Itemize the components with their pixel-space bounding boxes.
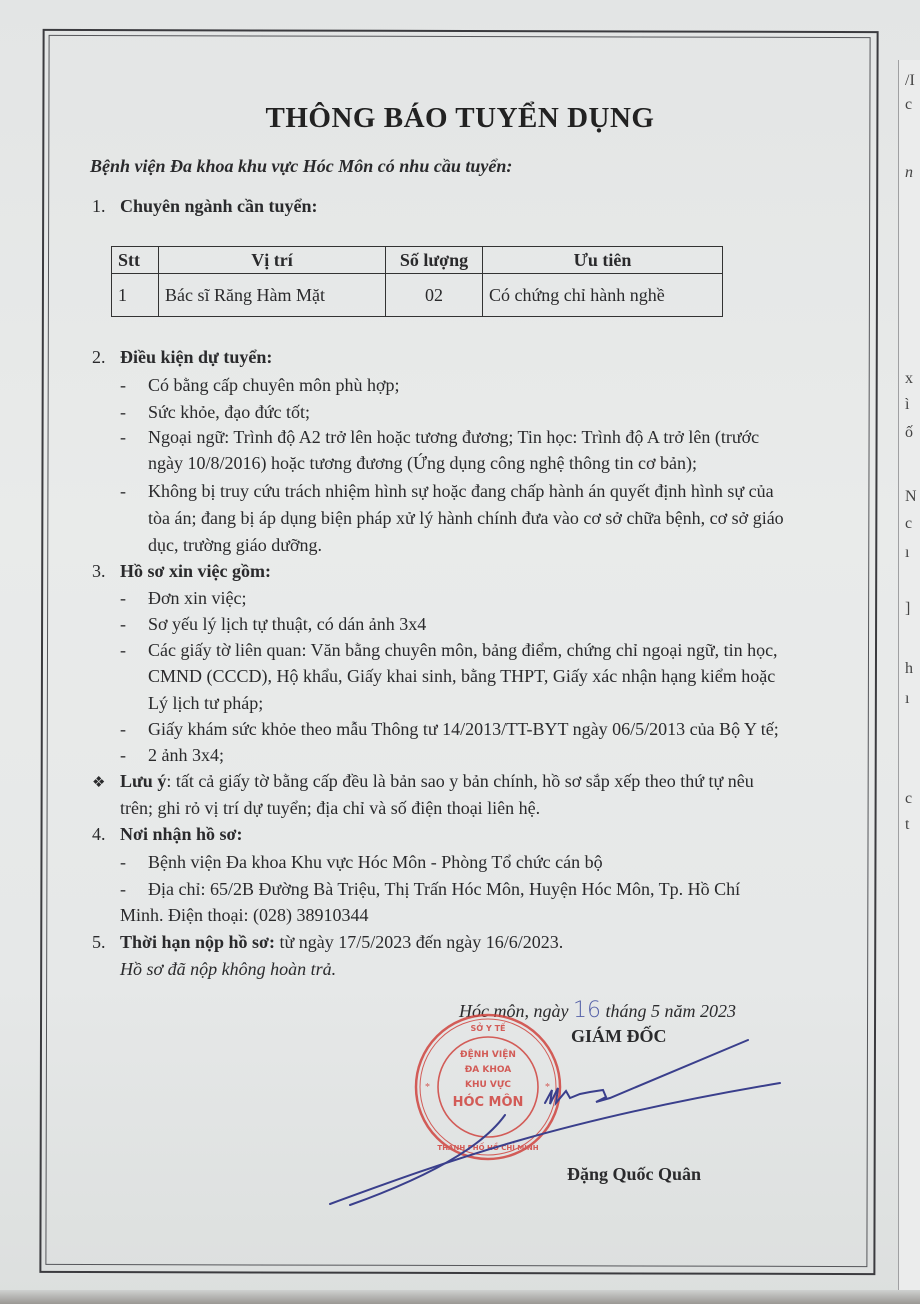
- signature-ink-strokes: [330, 1040, 780, 1205]
- svg-text:SỞ Y TẾ: SỞ Y TẾ: [470, 1021, 506, 1033]
- svg-text:KHU VỰC: KHU VỰC: [465, 1080, 511, 1090]
- svg-text:*: *: [545, 1082, 550, 1093]
- svg-text:ĐA KHOA: ĐA KHOA: [465, 1065, 512, 1075]
- stamp-and-signature: ĐỆNH VIỆN ĐA KHOA KHU VỰC HÓC MÔN SỞ Y T…: [0, 0, 920, 1304]
- svg-text:*: *: [425, 1082, 430, 1093]
- red-seal-stamp-icon: ĐỆNH VIỆN ĐA KHOA KHU VỰC HÓC MÔN SỞ Y T…: [416, 1015, 560, 1159]
- svg-text:ĐỆNH VIỆN: ĐỆNH VIỆN: [460, 1049, 516, 1060]
- svg-text:HÓC MÔN: HÓC MÔN: [453, 1094, 524, 1110]
